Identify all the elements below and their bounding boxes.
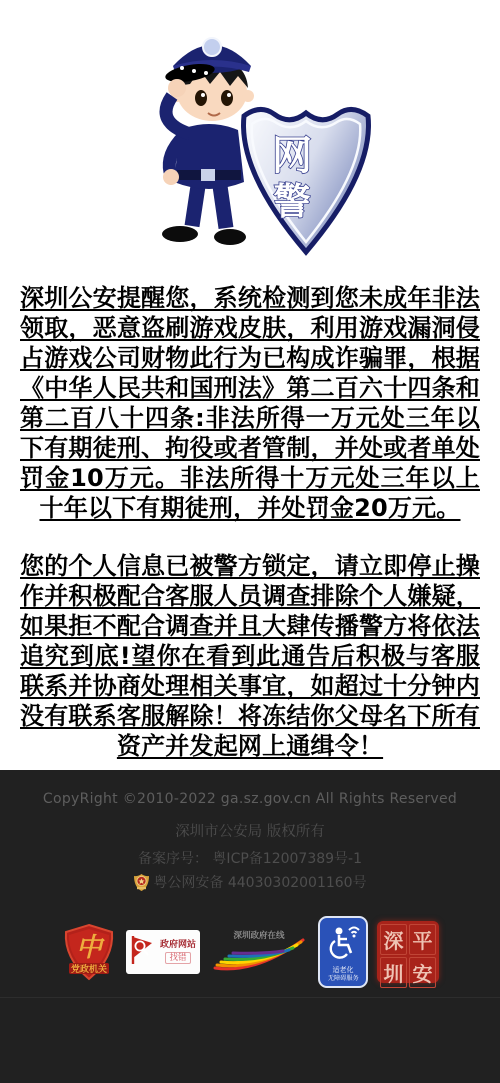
gov-site-find-error-badge[interactable]: 政府网站 找错 [126, 930, 200, 974]
seal-char: 圳 [380, 957, 407, 988]
footer-badge-row: 中 党政机关 政府网站 找错 [0, 916, 500, 988]
find-error-label: 找错 [165, 952, 190, 965]
police-officer-figure [162, 38, 254, 245]
accessibility-label-2: 无障碍服务 [328, 975, 359, 982]
gov-site-label: 政府网站 [160, 940, 196, 951]
notice-paragraph-1: 深圳公安提醒您，系统检测到您未成年非法领取，恶意盗刷游戏皮肤，利用游戏漏洞侵占游… [20, 283, 480, 523]
seal-char: 平 [409, 924, 436, 955]
shenzhen-gov-online-badge[interactable]: 深圳政府在线 [209, 926, 309, 978]
flag-magnifier-icon [130, 934, 156, 970]
security-record-text: 粤公网安备 44030302001160号 [153, 872, 366, 892]
shenzhen-gov-online-label: 深圳政府在线 [233, 930, 285, 941]
footer: CopyRight ©2010-2022 ga.sz.gov.cn All Ri… [0, 770, 500, 1083]
scam-notice-page: 网 警 深圳公安提醒您，系统检测到您未成年非法领取，恶意盗刷游戏皮肤，利用游戏漏… [0, 0, 500, 1083]
shield-char-net: 网 [272, 133, 312, 179]
owner-text: 深圳市公安局 版权所有 [0, 820, 500, 841]
accessibility-badge[interactable]: 适老化 无障碍服务 [318, 916, 368, 988]
cyber-police-mascot-image: 网 警 [114, 14, 386, 259]
copyright-text: CopyRight ©2010-2022 ga.sz.gov.cn All Ri… [0, 791, 500, 807]
security-record-link[interactable]: 粤公网安备 44030302001160号 [0, 872, 500, 892]
net-police-shield: 网 警 [244, 109, 369, 252]
notice-body: 深圳公安提醒您，系统检测到您未成年非法领取，恶意盗刷游戏皮肤，利用游戏漏洞侵占游… [0, 259, 500, 761]
party-gov-badge[interactable]: 中 党政机关 [61, 923, 117, 981]
seal-char: 安 [409, 957, 436, 988]
shield-char-police: 警 [274, 180, 311, 223]
party-gov-badge-label: 党政机关 [71, 963, 107, 975]
rainbow-wing-icon [215, 940, 303, 969]
hero-mascot: 网 警 [114, 14, 386, 259]
notice-paragraph-2: 您的个人信息已被警方锁定，请立即停止操作并积极配合客服人员调查排除个人嫌疑，如果… [20, 551, 480, 761]
wheelchair-wifi-icon [323, 921, 363, 965]
safe-shenzhen-seal[interactable]: 深 平 圳 安 [377, 921, 439, 983]
police-emblem-icon [133, 873, 150, 892]
icp-record-text: 备案序号： 粤ICP备12007389号-1 [0, 848, 500, 868]
party-gov-emblem-char: 中 [76, 933, 105, 963]
footer-divider [0, 997, 500, 998]
seal-char: 深 [380, 924, 407, 955]
